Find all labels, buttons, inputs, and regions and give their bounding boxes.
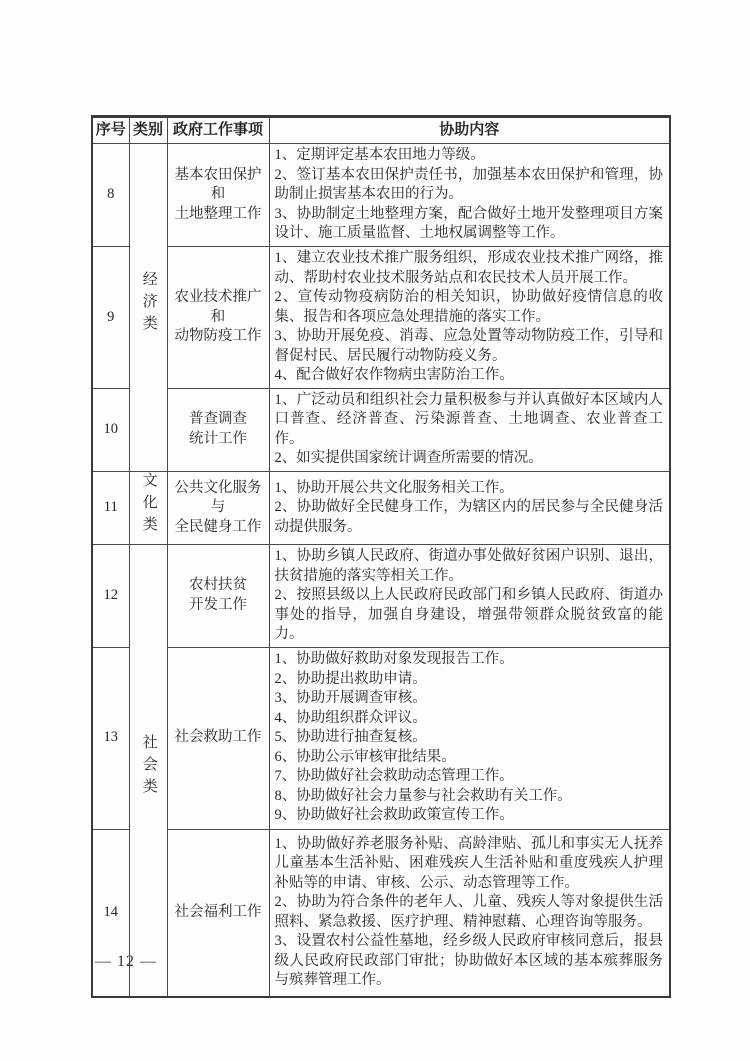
- table-row: 11 文化类 公共文化服务与 全民健身工作 1、协助开展公共文化服务相关工作。 …: [92, 471, 670, 545]
- category-cell-culture: 文化类: [129, 471, 167, 545]
- assistance-item: 2、协助提出救助申请。: [275, 670, 664, 690]
- work-item-label: 公共文化服务与 全民健身工作: [167, 471, 269, 545]
- table-row: 9 农业技术推广和 动物防疫工作 1、建立农业技术推广服务组织，形成农业技术推广…: [92, 247, 670, 389]
- work-item-label: 农村扶贫 开发工作: [167, 545, 269, 648]
- assistance-item: 1、协助乡镇人民政府、街道办事处做好贫困户识别、退出，扶贫措施的落实等相关工作。: [275, 547, 664, 586]
- assistance-item: 3、协助开展免疫、消毒、应急处置等动物防疫工作，引导和督促村民、居民履行动物防疫…: [275, 327, 664, 366]
- work-item-label: 普查调查 统计工作: [167, 388, 269, 471]
- row-number: 8: [92, 144, 129, 247]
- assistance-item: 4、配合做好农作物病虫害防治工作。: [275, 366, 664, 386]
- assistance-item: 5、协助进行抽查复核。: [275, 728, 664, 748]
- assistance-item: 2、签订基本农田保护责任书，加强基本农田保护和管理，协助制止损害基本农田的行为。: [275, 166, 664, 205]
- header-assistance-content: 协助内容: [269, 117, 670, 144]
- assistance-item: 3、协助开展调查审核。: [275, 689, 664, 709]
- category-cell-economic: 经济类: [129, 144, 167, 472]
- category-label: 文化类: [138, 472, 158, 538]
- category-label: 社会类: [138, 734, 158, 800]
- table-row: 14 社会福利工作 1、协助做好养老服务补贴、高龄津贴、孤儿和事实无人抚养儿童基…: [92, 829, 670, 997]
- assistance-item: 1、协助做好养老服务补贴、高龄津贴、孤儿和事实无人抚养儿童基本生活补贴、困难残疾…: [275, 835, 664, 894]
- table-header-row: 序号 类别 政府工作事项 协助内容: [92, 117, 670, 144]
- assistance-item: 1、定期评定基本农田地力等级。: [275, 146, 664, 166]
- document-page: 序号 类别 政府工作事项 协助内容 8 经济类 基本农田保护和 土地整理工作 1…: [0, 0, 750, 1061]
- table-row: 12 社会类 农村扶贫 开发工作 1、协助乡镇人民政府、街道办事处做好贫困户识别…: [92, 545, 670, 648]
- assistance-item: 6、协助公示审核审批结果。: [275, 748, 664, 768]
- assistance-item: 2、如实提供国家统计调查所需要的情况。: [275, 449, 664, 469]
- category-cell-social: 社会类: [129, 545, 167, 998]
- header-seq-no: 序号: [92, 117, 129, 144]
- category-label: 经济类: [138, 271, 158, 337]
- assistance-item: 3、设置农村公益性墓地，经乡级人民政府审核同意后，报县级人民政府民政部门审批；协…: [275, 932, 664, 991]
- assistance-item: 2、按照县级以上人民政府民政部门和乡镇人民政府、街道办事处的指导，加强自身建设，…: [275, 586, 664, 645]
- row-number: 13: [92, 647, 129, 829]
- assistance-content-cell: 1、广泛动员和组织社会力量积极参与并认真做好本区域内人口普查、经济普查、污染源普…: [269, 388, 670, 471]
- table-row: 10 普查调查 统计工作 1、广泛动员和组织社会力量积极参与并认真做好本区域内人…: [92, 388, 670, 471]
- assistance-content-cell: 1、协助做好养老服务补贴、高龄津贴、孤儿和事实无人抚养儿童基本生活补贴、困难残疾…: [269, 829, 670, 997]
- row-number: 11: [92, 471, 129, 545]
- row-number: 14: [92, 829, 129, 997]
- header-category: 类别: [129, 117, 167, 144]
- page-number: — 12 —: [95, 953, 157, 971]
- assistance-item: 2、宣传动物疫病防治的相关知识，协助做好疫情信息的收集、报告和各项应急处理措施的…: [275, 288, 664, 327]
- work-item-label: 社会救助工作: [167, 647, 269, 829]
- assistance-item: 1、协助做好救助对象发现报告工作。: [275, 650, 664, 670]
- assistance-item: 4、协助组织群众评议。: [275, 709, 664, 729]
- assistance-items-table: 序号 类别 政府工作事项 协助内容 8 经济类 基本农田保护和 土地整理工作 1…: [91, 115, 671, 998]
- work-item-label: 社会福利工作: [167, 829, 269, 997]
- table-row: 13 社会救助工作 1、协助做好救助对象发现报告工作。 2、协助提出救助申请。 …: [92, 647, 670, 829]
- assistance-item: 8、协助做好社会力量参与社会救助有关工作。: [275, 787, 664, 807]
- work-item-label: 基本农田保护和 土地整理工作: [167, 144, 269, 247]
- row-number: 12: [92, 545, 129, 648]
- assistance-item: 2、协助为符合条件的老年人、儿童、残疾人等对象提供生活照料、紧急救援、医疗护理、…: [275, 893, 664, 932]
- assistance-content-cell: 1、定期评定基本农田地力等级。 2、签订基本农田保护责任书，加强基本农田保护和管…: [269, 144, 670, 247]
- assistance-item: 1、广泛动员和组织社会力量积极参与并认真做好本区域内人口普查、经济普查、污染源普…: [275, 391, 664, 450]
- assistance-item: 1、建立农业技术推广服务组织，形成农业技术推广网络，推动、帮助村农业技术服务站点…: [275, 249, 664, 288]
- assistance-content-cell: 1、协助开展公共文化服务相关工作。 2、协助做好全民健身工作，为辖区内的居民参与…: [269, 471, 670, 545]
- assistance-item: 3、协助制定土地整理方案，配合做好土地开发整理项目方案设计、施工质量监督、土地权…: [275, 205, 664, 244]
- assistance-item: 7、协助做好社会救助动态管理工作。: [275, 767, 664, 787]
- table-row: 8 经济类 基本农田保护和 土地整理工作 1、定期评定基本农田地力等级。 2、签…: [92, 144, 670, 247]
- assistance-item: 9、协助做好社会救助政策宣传工作。: [275, 806, 664, 826]
- row-number: 10: [92, 388, 129, 471]
- assistance-item: 2、协助做好全民健身工作，为辖区内的居民参与全民健身活动提供服务。: [275, 498, 664, 537]
- header-work-item: 政府工作事项: [167, 117, 269, 144]
- row-number: 9: [92, 247, 129, 389]
- assistance-item: 1、协助开展公共文化服务相关工作。: [275, 479, 664, 499]
- assistance-content-cell: 1、建立农业技术推广服务组织，形成农业技术推广网络，推动、帮助村农业技术服务站点…: [269, 247, 670, 389]
- work-item-label: 农业技术推广和 动物防疫工作: [167, 247, 269, 389]
- assistance-content-cell: 1、协助做好救助对象发现报告工作。 2、协助提出救助申请。 3、协助开展调查审核…: [269, 647, 670, 829]
- assistance-content-cell: 1、协助乡镇人民政府、街道办事处做好贫困户识别、退出，扶贫措施的落实等相关工作。…: [269, 545, 670, 648]
